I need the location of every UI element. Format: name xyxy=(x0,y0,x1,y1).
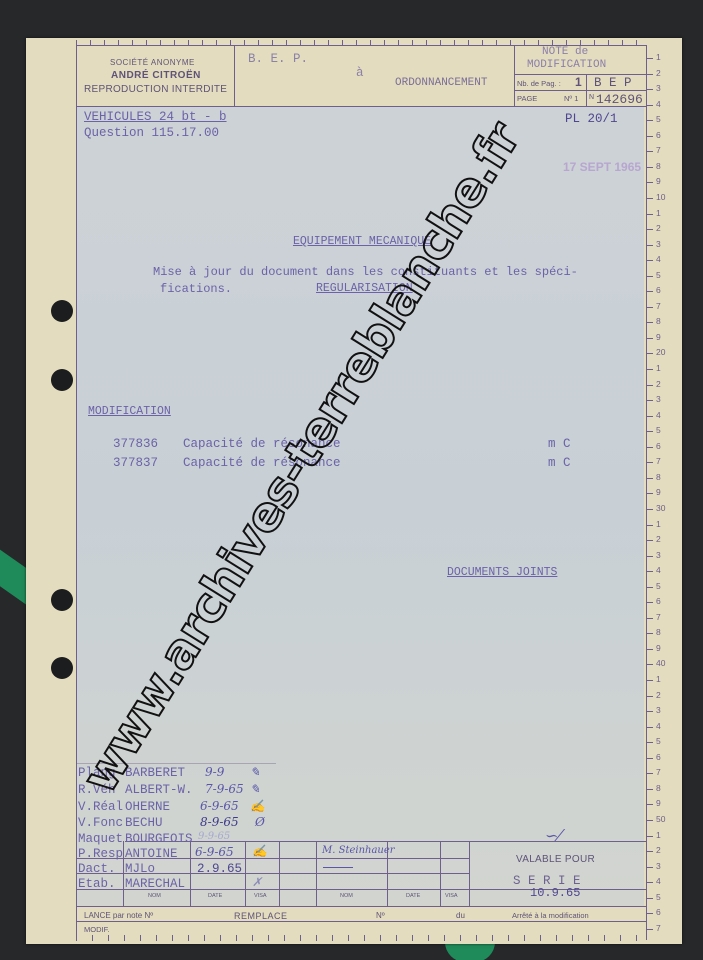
ruler-number: 4 xyxy=(656,565,661,575)
ruler-number: 2 xyxy=(656,223,661,233)
ruler-tick xyxy=(647,851,653,852)
modification-code: m C xyxy=(548,456,571,470)
ruler-tick xyxy=(647,462,653,463)
header-col1 xyxy=(234,45,235,106)
ruler-number: 8 xyxy=(656,316,661,326)
sig-role: V.Réal xyxy=(78,800,123,814)
number-prefix: N xyxy=(589,94,594,101)
ruler-tick xyxy=(647,214,653,215)
col-visa: VISA xyxy=(254,893,267,899)
ruler-number: 1 xyxy=(656,363,661,373)
visa-mark: ✍ xyxy=(250,799,265,813)
ruler-number: 1 xyxy=(656,830,661,840)
ruler-number: 6 xyxy=(656,130,661,140)
ruler-tick xyxy=(647,789,653,790)
col2-visa: VISA xyxy=(445,893,458,899)
lance-label: LANCE par note Nº xyxy=(84,911,153,920)
background-green-shape xyxy=(445,942,495,960)
from-department: B. E. P. xyxy=(248,52,308,66)
modification-code: m C xyxy=(548,437,571,451)
ruler-tick xyxy=(647,431,653,432)
sig-date: 6-9-65 xyxy=(195,845,234,859)
sig-col xyxy=(245,841,246,906)
ruler-number: 5 xyxy=(656,892,661,902)
ruler-tick xyxy=(647,804,653,805)
ruler-number: 7 xyxy=(656,923,661,933)
sig-date: 6-9-65 xyxy=(200,799,239,813)
ruler-number: 1 xyxy=(656,674,661,684)
ruler-tick xyxy=(647,664,653,665)
ruler-tick xyxy=(647,276,653,277)
ruler-number: 3 xyxy=(656,861,661,871)
ruler-tick xyxy=(647,493,653,494)
modif-label: MODIF. xyxy=(84,925,109,934)
note-number: 142696 xyxy=(596,92,643,107)
ruler-tick xyxy=(647,773,653,774)
ruler-number: 1 xyxy=(656,519,661,529)
ruler-tick xyxy=(647,913,653,914)
ruler-tick xyxy=(647,151,653,152)
sig-col xyxy=(123,841,124,906)
validity-signature: ∽⁄ xyxy=(545,826,561,845)
ruler-tick xyxy=(647,260,653,261)
ruler-tick xyxy=(647,416,653,417)
ruler-number: 8 xyxy=(656,783,661,793)
to-department: ORDONNANCEMENT xyxy=(395,77,487,89)
doc-type-line1: NOTE de xyxy=(542,46,588,58)
ruler-number: 9 xyxy=(656,798,661,808)
sig-name: MJLo xyxy=(125,862,155,876)
reproduction-notice: REPRODUCTION INTERDITE xyxy=(84,84,227,95)
ruler-tick xyxy=(647,385,653,386)
ruler-number: 3 xyxy=(656,394,661,404)
page-label: PAGE xyxy=(517,94,537,103)
ruler-tick xyxy=(647,400,653,401)
ruler-tick xyxy=(647,867,653,868)
ruler-tick xyxy=(647,353,653,354)
visa-mark: ✎ xyxy=(250,765,260,779)
ruler-number: 9 xyxy=(656,487,661,497)
sig-date: 9-9 xyxy=(205,765,224,779)
ruler-tick xyxy=(647,836,653,837)
company-name: ANDRÉ CITROËN xyxy=(111,70,201,81)
sig-date: 8-9-65 xyxy=(200,815,239,829)
description-line1: Mise à jour du document dans les constit… xyxy=(153,265,578,279)
ruler-tick xyxy=(647,447,653,448)
ruler-tick xyxy=(647,167,653,168)
visa-mark: Ø xyxy=(255,815,265,829)
ruler-number: 6 xyxy=(656,285,661,295)
ruler-tick xyxy=(647,120,653,121)
ruler-number: 10 xyxy=(656,192,665,202)
punch-hole xyxy=(51,369,73,391)
ruler-tick xyxy=(647,587,653,588)
ruler-number: 7 xyxy=(656,301,661,311)
arrete-label: Arrêté à la modification xyxy=(512,911,589,920)
modification-ref: 377837 xyxy=(113,456,158,470)
ruler-tick xyxy=(647,245,653,246)
ruler-number: 2 xyxy=(656,845,661,855)
ruler-number: 5 xyxy=(656,270,661,280)
header-divider xyxy=(76,106,646,107)
vehicle-line: VEHICULES 24 bt - b xyxy=(84,110,227,124)
col-nom: NOM xyxy=(148,893,161,899)
punch-hole xyxy=(51,589,73,611)
sig-name: ANTOINE xyxy=(125,847,178,861)
ruler-tick xyxy=(647,758,653,759)
second-signature-underline xyxy=(323,867,353,868)
ruler-tick xyxy=(647,369,653,370)
ruler-number: 5 xyxy=(656,736,661,746)
date-stamp: 17 SEPT 1965 xyxy=(563,160,641,174)
ruler-number: 4 xyxy=(656,876,661,886)
ruler-tick xyxy=(647,649,653,650)
ruler-tick xyxy=(647,136,653,137)
ruler-tick xyxy=(647,556,653,557)
sig-date: 7-9-65 xyxy=(205,782,244,796)
doc-type-line2: MODIFICATION xyxy=(527,59,606,71)
ruler-tick xyxy=(647,338,653,339)
ruler-tick xyxy=(647,571,653,572)
frame-left xyxy=(76,45,77,940)
nb-pages-value: 1 xyxy=(575,75,582,89)
ruler-number: 3 xyxy=(656,550,661,560)
ruler-tick xyxy=(647,540,653,541)
ruler-number: 6 xyxy=(656,441,661,451)
visa-mark: ✎ xyxy=(250,782,260,796)
footer-line xyxy=(76,921,646,922)
ruler-tick xyxy=(647,105,653,106)
ruler-number: 30 xyxy=(656,503,665,513)
ruler-number: 8 xyxy=(656,472,661,482)
sig-col xyxy=(279,841,280,906)
remplace-label: REMPLACE xyxy=(234,911,288,921)
ruler-number: 3 xyxy=(656,705,661,715)
ruler-tick xyxy=(647,525,653,526)
ruler-number: 6 xyxy=(656,596,661,606)
ruler-tick xyxy=(647,198,653,199)
sig-col xyxy=(316,841,317,906)
ruler-tick xyxy=(647,509,653,510)
ruler-number: 9 xyxy=(656,176,661,186)
header-col4 xyxy=(586,74,587,106)
ruler-number: 6 xyxy=(656,752,661,762)
question-ref: Question 115.17.00 xyxy=(84,126,219,140)
ruler-tick xyxy=(647,633,653,634)
ruler-number: 1 xyxy=(656,52,661,62)
ruler-tick xyxy=(647,602,653,603)
sig-name: OHERNE xyxy=(125,800,170,814)
ruler-tick xyxy=(647,727,653,728)
ruler-number: 6 xyxy=(656,907,661,917)
ruler-number: 7 xyxy=(656,767,661,777)
ruler-number: 7 xyxy=(656,612,661,622)
ruler-tick xyxy=(647,898,653,899)
ruler-number: 2 xyxy=(656,68,661,78)
sig-date: 9-9-65 xyxy=(198,831,230,842)
sig-col xyxy=(440,841,441,906)
sig-col xyxy=(190,841,191,906)
header-row-b xyxy=(514,90,646,91)
ruler-number: 8 xyxy=(656,627,661,637)
sig-role: V.Fonc xyxy=(78,816,123,830)
to-label: à xyxy=(356,66,364,80)
department-code: B E P xyxy=(594,76,632,90)
sig-name: BOURGEOIS xyxy=(125,832,193,846)
ruler-number: 4 xyxy=(656,410,661,420)
ruler-number: 2 xyxy=(656,379,661,389)
ruler-tick xyxy=(647,618,653,619)
sig-role: Dact. xyxy=(78,862,116,876)
documents-joints-heading: DOCUMENTS JOINTS xyxy=(447,566,557,579)
ruler-tick xyxy=(647,478,653,479)
ruler-number: 50 xyxy=(656,814,665,824)
visa-mark: ✍ xyxy=(252,844,267,858)
sig-name: ALBERT-W. xyxy=(125,783,193,797)
ruler-number: 4 xyxy=(656,99,661,109)
sig-name: BECHU xyxy=(125,816,163,830)
ruler-number: 3 xyxy=(656,83,661,93)
sig-role: P.Resp xyxy=(78,847,123,861)
ruler-tick xyxy=(647,742,653,743)
sig-row-line xyxy=(76,906,646,907)
punch-hole xyxy=(51,657,73,679)
plan-ref: PL 20/1 xyxy=(565,112,618,126)
ruler-number: 8 xyxy=(656,161,661,171)
sig-role: Etab. xyxy=(78,877,116,891)
ruler-tick xyxy=(647,322,653,323)
ruler-number: 5 xyxy=(656,114,661,124)
page-number: Nº 1 xyxy=(564,94,578,103)
description-line2: fications. xyxy=(160,282,232,296)
second-signature-name: M. Steinhauer xyxy=(322,845,395,856)
ruler-tick xyxy=(647,711,653,712)
sig-date: 2.9.65 xyxy=(197,862,242,876)
ruler-number: 20 xyxy=(656,347,665,357)
sig-role: Maquet xyxy=(78,832,123,846)
visa-mark: ✗ xyxy=(252,875,262,889)
du-label: du xyxy=(456,911,465,920)
ruler-number: 9 xyxy=(656,643,661,653)
ruler-tick xyxy=(647,680,653,681)
ruler-number: 7 xyxy=(656,145,661,155)
company-line1: SOCIÉTÉ ANONYME xyxy=(110,58,195,67)
ruler-tick xyxy=(647,74,653,75)
ruler-number: 5 xyxy=(656,425,661,435)
ruler-tick xyxy=(647,89,653,90)
col2-nom: NOM xyxy=(340,893,353,899)
ruler-number: 4 xyxy=(656,721,661,731)
header-col3 xyxy=(514,45,515,106)
modification-ref: 377836 xyxy=(113,437,158,451)
ruler-number: 5 xyxy=(656,581,661,591)
ruler-tick xyxy=(647,696,653,697)
ruler-number: 4 xyxy=(656,254,661,264)
ruler-number: 9 xyxy=(656,332,661,342)
modification-heading: MODIFICATION xyxy=(88,405,171,418)
number-label: Nº xyxy=(376,911,385,920)
ruler-tick xyxy=(647,291,653,292)
ruler-number: 2 xyxy=(656,534,661,544)
sig-col xyxy=(469,841,470,906)
ruler-tick xyxy=(647,58,653,59)
sig-name: MARECHAL xyxy=(125,877,185,891)
col2-date: DATE xyxy=(406,893,420,899)
validity-date: 10.9.65 xyxy=(530,886,580,900)
ruler-number: 1 xyxy=(656,208,661,218)
ruler-number: 3 xyxy=(656,239,661,249)
validity-label: VALABLE POUR xyxy=(516,854,595,865)
punch-hole xyxy=(51,300,73,322)
ruler-tick xyxy=(647,229,653,230)
ruler-tick xyxy=(647,182,653,183)
ruler-tick xyxy=(647,882,653,883)
ruler-number: 40 xyxy=(656,658,665,668)
ruler-tick xyxy=(647,929,653,930)
ruler-tick xyxy=(647,820,653,821)
col-date: DATE xyxy=(208,893,222,899)
nb-pages-label: Nb. de Pag. : xyxy=(517,79,561,88)
ruler-number: 2 xyxy=(656,690,661,700)
bottom-ruler-ticks xyxy=(76,935,646,941)
ruler-number: 7 xyxy=(656,456,661,466)
ruler-tick xyxy=(647,307,653,308)
